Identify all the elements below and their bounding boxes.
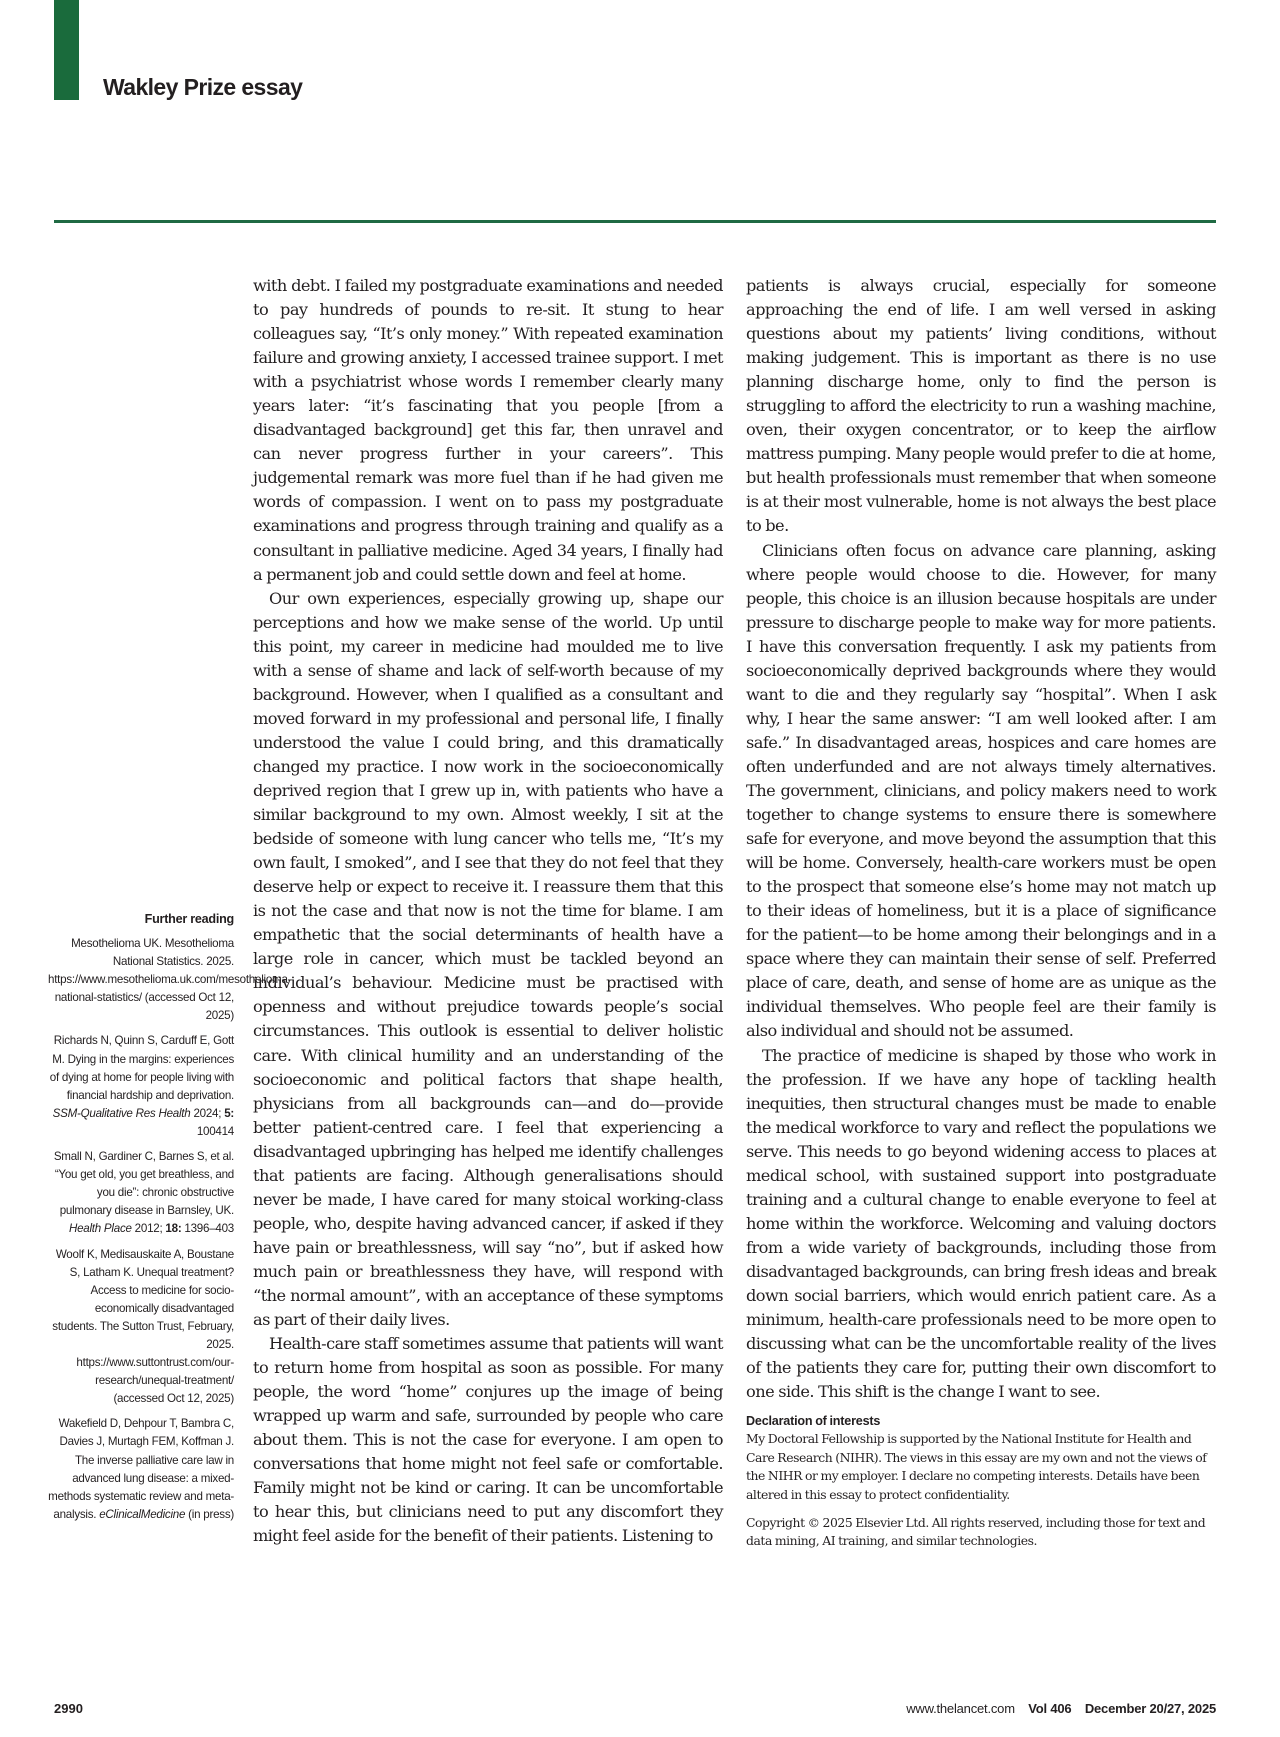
reference-year: 2024;: [190, 1107, 224, 1120]
header-rule: [54, 220, 1216, 223]
reference-item: Richards N, Quinn S, Carduff E, Gott M. …: [48, 1032, 234, 1141]
declaration-text: My Doctoral Fellowship is supported by t…: [746, 1430, 1216, 1504]
page-number: 2990: [54, 1701, 83, 1716]
reference-pages: 1396–403: [181, 1222, 234, 1235]
body-paragraph: Clinicians often focus on advance care p…: [746, 539, 1216, 1044]
journal-website-link[interactable]: www.thelancet.com: [906, 1701, 1015, 1716]
body-paragraph: Our own experiences, especially growing …: [253, 587, 723, 1332]
reference-text: Richards N, Quinn S, Carduff E, Gott M. …: [50, 1034, 234, 1101]
reference-item: Small N, Gardiner C, Barnes S, et al. “Y…: [48, 1148, 234, 1238]
body-column-right: patients is always crucial, especially f…: [746, 274, 1216, 1551]
declaration-heading: Declaration of interests: [746, 1412, 1216, 1430]
reference-text: Wakefield D, Dehpour T, Bambra C, Davies…: [48, 1417, 234, 1520]
reference-text: Woolf K, Medisauskaite A, Boustane S, La…: [52, 1248, 234, 1406]
issue-date: December 20/27, 2025: [1085, 1701, 1216, 1716]
reference-journal: eClinicalMedicine: [99, 1508, 185, 1521]
body-paragraph: Health-care staff sometimes assume that …: [253, 1332, 723, 1548]
copyright-notice: Copyright © 2025 Elsevier Ltd. All right…: [746, 1514, 1216, 1551]
further-reading-sidebar: Further reading Mesothelioma UK. Mesothe…: [48, 910, 234, 1531]
reference-year: 2012;: [132, 1222, 166, 1235]
declaration-of-interests: Declaration of interests My Doctoral Fel…: [746, 1412, 1216, 1551]
reference-volume: 5:: [224, 1107, 234, 1120]
reference-journal: Health Place: [69, 1222, 132, 1235]
reference-pages: 100414: [197, 1125, 234, 1138]
body-paragraph: patients is always crucial, especially f…: [746, 274, 1216, 539]
reference-item: Mesothelioma UK. Mesothelioma National S…: [48, 935, 234, 1025]
reference-item: Woolf K, Medisauskaite A, Boustane S, La…: [48, 1246, 234, 1409]
reference-text: Small N, Gardiner C, Barnes S, et al. “Y…: [54, 1150, 234, 1217]
section-title: Wakley Prize essay: [103, 74, 302, 101]
body-paragraph: The practice of medicine is shaped by th…: [746, 1044, 1216, 1405]
reference-journal: SSM-Qualitative Res Health: [53, 1107, 191, 1120]
journal-volume: Vol 406: [1028, 1701, 1071, 1716]
journal-footer: www.thelancet.com Vol 406 December 20/27…: [906, 1701, 1216, 1716]
reference-volume: 18:: [165, 1222, 181, 1235]
reference-status: (in press): [185, 1508, 234, 1521]
body-column-left: with debt. I failed my postgraduate exam…: [253, 274, 723, 1548]
body-paragraph: with debt. I failed my postgraduate exam…: [253, 274, 723, 587]
further-reading-heading: Further reading: [48, 910, 234, 928]
section-accent-bar: [54, 0, 79, 100]
reference-item: Wakefield D, Dehpour T, Bambra C, Davies…: [48, 1415, 234, 1524]
